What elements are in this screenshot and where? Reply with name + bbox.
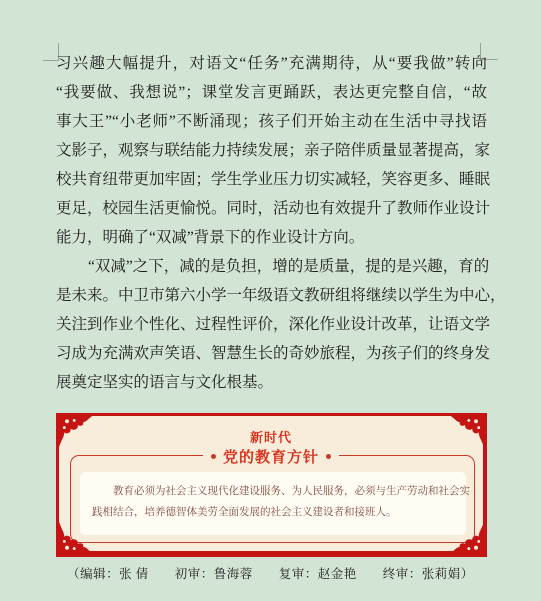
poster-body-line: 践相结合，培养德智体美劳全面发展的社会主义建设者和接班人。: [92, 502, 456, 523]
poster-body-line: 教育必须为社会主义现代化建设服务、为人民服务，必须与生产劳动和社会实: [92, 481, 456, 502]
doc-text-line: 是未来。中卫市第六小学一年级语文教研组将继续以学生为中心，: [56, 281, 487, 310]
bullet-dot-icon: [326, 454, 331, 459]
document-body-text: 习兴趣大幅提升，对语文“任务”充满期待，从“要我做”转向 “我要做、我想说”；课…: [56, 49, 487, 397]
credits-line: （编辑：张 倩 初审：鲁海蓉 复审：赵金艳 终审：张莉娟）: [0, 564, 541, 582]
corner-ornament-icon: [449, 415, 485, 451]
bullet-dot-icon: [211, 454, 216, 459]
corner-ornament-icon: [58, 415, 94, 451]
doc-text-line: “我要做、我想说”；课堂发言更踊跃，表达更完整自信，“故: [56, 78, 487, 107]
doc-text-line: 事大王”“小老师”不断涌现；孩子们开始主动在生活中寻找语: [56, 107, 487, 136]
doc-text-line: 能力，明确了“双减”背景下的作业设计方向。: [56, 223, 487, 252]
doc-text-line: 更足，校园生活更愉悦。同时，活动也有效提升了教师作业设计: [56, 194, 487, 223]
poster-subtitle-row: 党的教育方针: [59, 446, 483, 466]
corner-ornament-icon: [449, 518, 485, 554]
education-policy-poster-image: 新时代 党的教育方针 教育必须为社会主义现代化建设服务、为人民服务，必须与生产劳…: [56, 413, 487, 557]
doc-text-line: 习成为充满欢声笑语、智慧生长的奇妙旅程，为孩子们的终身发: [56, 339, 487, 368]
doc-text-line: 关注到作业个性化、过程性评价，深化作业设计改革，让语文学: [56, 310, 487, 339]
doc-text-line: “双减”之下，减的是负担，增的是质量，提的是兴趣，育的: [56, 252, 487, 281]
corner-ornament-icon: [58, 518, 94, 554]
doc-text-line: 展奠定坚实的语言与文化根基。: [56, 368, 487, 397]
poster-content-box: 教育必须为社会主义现代化建设服务、为人民服务，必须与生产劳动和社会实 践相结合，…: [80, 472, 466, 535]
doc-text-line: 文影子，观察与联结能力持续发展；亲子陪伴质量显著提高，家: [56, 136, 487, 165]
doc-text-line: 校共育纽带更加牢固；学生学业压力切实减轻，笑容更多、睡眠: [56, 165, 487, 194]
poster-subtitle: 党的教育方针: [223, 446, 319, 467]
poster-title: 新时代: [59, 427, 483, 446]
doc-text-line: 习兴趣大幅提升，对语文“任务”充满期待，从“要我做”转向: [56, 49, 487, 78]
